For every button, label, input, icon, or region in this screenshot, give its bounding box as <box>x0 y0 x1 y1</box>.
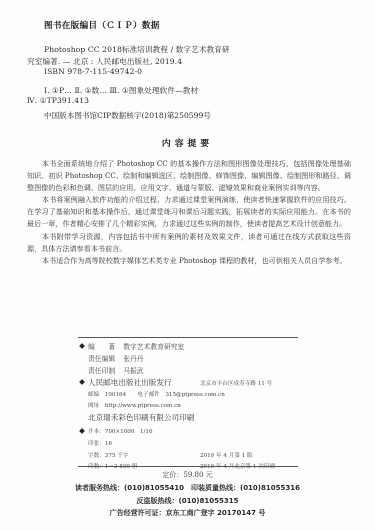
cip-isbn: ISBN 978-7-115-49742-0 <box>44 67 142 76</box>
email-label: 电子邮件 <box>137 392 159 398</box>
website-label: 网址 <box>88 403 99 409</box>
postcode-value: 100164 <box>105 392 126 398</box>
publisher-address: 北京市丰台区成寿寺路 11 号 <box>200 379 272 387</box>
price: 定价：59.80 元 <box>0 470 375 480</box>
postcode-email-row: 邮编 100164 电子邮件 315@ptpress.com.cn <box>88 390 225 398</box>
bullet-icon <box>79 379 85 385</box>
summary-paragraph: 本书附带学习资源，内容包括书中所有案例的素材及效果文件，读者可通过在线方式获取这… <box>27 231 351 255</box>
copyright-page: 图书在版编目（ＣＩＰ）数据 Photoshop CC 2018标准培训教程 / … <box>0 0 375 531</box>
word-count: 字数：375 千字 <box>88 451 128 459</box>
printing-row: 责任印制马振武 <box>88 365 144 375</box>
summary-title: 内容提要 <box>0 136 375 149</box>
bullet-icon <box>79 428 85 434</box>
summary-paragraph: 本书全面系统地介绍了 Photoshop CC 的基本操作方法和图形图像处理技巧… <box>27 158 351 194</box>
cip-record-number: 中国版本图书馆CIP数据核字(2018)第250599号 <box>44 110 211 121</box>
cip-line: Photoshop CC 2018标准培训教程 / 数字艺术教育研 <box>44 44 230 55</box>
bullet-icon <box>79 343 85 349</box>
ad-license: 广告经营许可证：京东工商广登字 20170147 号 <box>0 508 375 518</box>
email-value: 315@ptpress.com.cn <box>165 392 225 398</box>
divider-top <box>78 337 298 338</box>
author-value: 数字艺术教育研究室 <box>123 343 184 351</box>
editor-value: 张丹丹 <box>123 355 143 363</box>
website-row: 网址 http://www.ptpress.com.cn <box>88 401 181 409</box>
cip-line: 究室编著. — 北京 : 人民邮电出版社, 2019.4 <box>27 56 182 67</box>
printer: 北京瑞禾彩色印刷有限公司印刷 <box>88 412 194 423</box>
divider-bottom <box>78 466 298 467</box>
cip-classification: Ⅰ. ①P… Ⅱ. ①数… Ⅲ. ①图象处理软件—教材 <box>44 85 198 96</box>
summary-body: 本书全面系统地介绍了 Photoshop CC 的基本操作方法和图形图像处理技巧… <box>27 158 351 267</box>
format: 开本：700×1000 1/16 <box>88 427 153 435</box>
printing-value: 马振武 <box>123 367 143 375</box>
editor-label: 责任编辑 <box>88 355 115 363</box>
postcode-label: 邮编 <box>88 392 99 398</box>
printing-label: 责任印制 <box>88 367 115 375</box>
editor-row: 责任编辑张丹丹 <box>88 353 144 363</box>
sheets: 印张：16 <box>88 439 112 447</box>
author-row: 编 著数字艺术教育研究室 <box>88 341 184 351</box>
author-label: 编 著 <box>88 343 115 351</box>
edition: 2019 年 4 月第 1 版 <box>200 451 253 459</box>
website-value: http://www.ptpress.com.cn <box>105 403 181 409</box>
cip-classification: Ⅳ. ①TP391.413 <box>27 96 89 105</box>
cip-title: 图书在版编目（ＣＩＰ）数据 <box>44 19 160 31</box>
anti-piracy-hotline: 反盗版热线：(010)81055315 <box>0 496 375 506</box>
summary-paragraph: 本书将案例融入软件功能的介绍过程，力求通过课堂案例演练，使读者快速掌握软件的应用… <box>27 194 351 230</box>
reader-service-hotline: 读者服务热线：(010)81055410 印装质量热线：(010)8105531… <box>0 483 375 493</box>
publisher: 人民邮电出版社出版发行 <box>88 377 172 388</box>
summary-paragraph: 本书适合作为高等院校数字媒体艺术类专业 Photoshop 课程的教材，也可供相… <box>27 255 351 267</box>
